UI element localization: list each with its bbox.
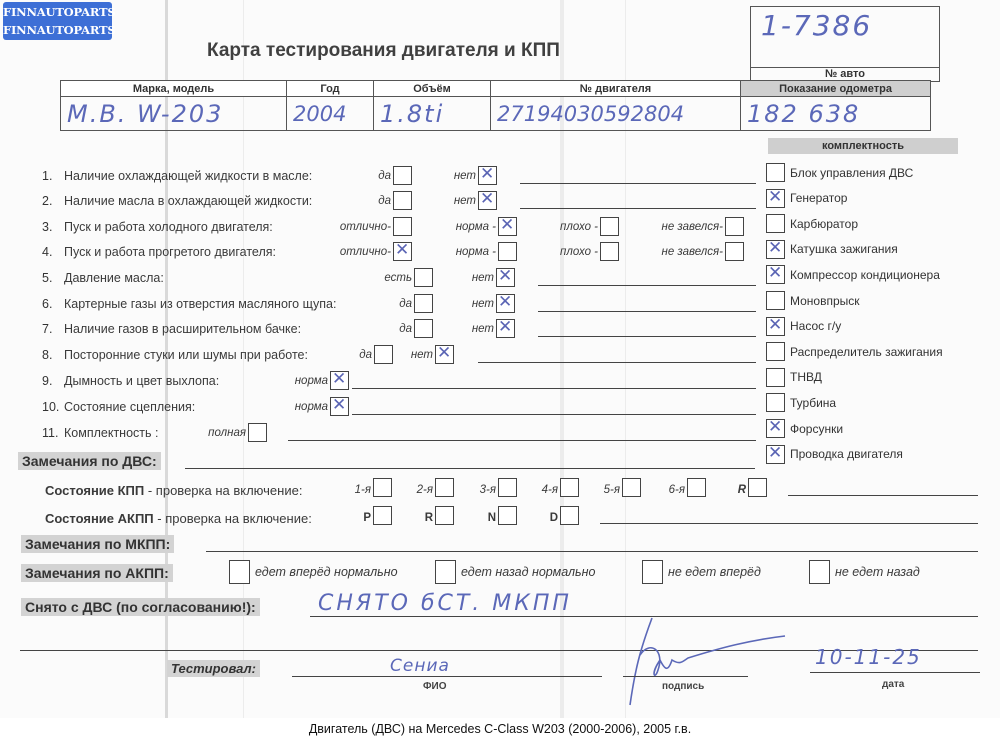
checkbox[interactable] — [766, 368, 785, 387]
checkbox[interactable] — [498, 242, 517, 261]
check-number: 2. — [42, 194, 52, 208]
notes-line[interactable] — [538, 285, 756, 286]
option-label: отлично- — [340, 246, 391, 258]
notes-line[interactable] — [352, 414, 756, 415]
name-caption: ФИО — [423, 681, 447, 692]
komplektnost-item-label: Распределитель зажигания — [790, 345, 943, 359]
logo-line: FINNAUTOPARTS — [3, 3, 112, 21]
akpp-label-rest: - проверка на включение: — [154, 511, 312, 526]
volume-value: 1.8ti — [374, 97, 491, 131]
notes-line[interactable] — [538, 336, 756, 337]
check-number: 4. — [42, 245, 52, 259]
watermark-logo: FINNAUTOPARTS FINNAUTOPARTS — [3, 2, 112, 40]
option-label: норма — [295, 401, 328, 413]
checkbox[interactable] — [766, 342, 785, 361]
checkbox[interactable] — [248, 423, 267, 442]
komplektnost-item-label: Блок управления ДВС — [790, 166, 913, 180]
col-odometer: Показание одометра — [741, 81, 931, 97]
tested-label: Тестировал: — [167, 660, 260, 677]
removed-value: СНЯТО бСТ. МКПП — [318, 591, 572, 616]
akpp-notes-line[interactable] — [600, 523, 978, 524]
checkbox[interactable] — [414, 319, 433, 338]
checkbox[interactable] — [330, 397, 349, 416]
komplektnost-item-label: Компрессор кондиционера — [790, 268, 940, 282]
komplektnost-item[interactable]: Форсунки — [766, 419, 843, 438]
checkbox[interactable] — [766, 189, 785, 208]
gear-label: N — [488, 512, 496, 524]
signature — [610, 610, 840, 710]
option-label: не завелся- — [661, 221, 723, 233]
checkbox[interactable] — [766, 265, 785, 284]
kpp-label-rest: - проверка на включение: — [144, 483, 302, 498]
checkbox[interactable] — [600, 242, 619, 261]
komplektnost-item-label: ТНВД — [790, 370, 822, 384]
option-label: да — [378, 195, 391, 207]
kpp-notes-line[interactable] — [788, 495, 978, 496]
komplektnost-item-label: Форсунки — [790, 422, 843, 436]
form-title: Карта тестирования двигателя и КПП — [207, 40, 560, 62]
option-label: нет — [454, 195, 476, 207]
notes-line[interactable] — [520, 183, 756, 184]
gear-label: P — [363, 512, 371, 524]
option-label: нет — [472, 298, 494, 310]
year-value: 2004 — [287, 97, 374, 131]
auto-number-box: 1-7386 № авто — [750, 6, 940, 82]
option-label: норма — [295, 375, 328, 387]
akpp-remark-checkbox[interactable] — [229, 560, 250, 584]
remarks-akpp-label: Замечания по АКПП: — [21, 564, 173, 582]
gear-label: 2-я — [417, 484, 433, 496]
gear-label: 5-я — [604, 484, 620, 496]
check-label: Комплектность : — [64, 426, 158, 440]
gear-label: 6-я — [669, 484, 685, 496]
check-label: Наличие газов в расширительном бачке: — [64, 322, 301, 336]
test-date: 10-11-25 — [815, 645, 922, 669]
gear-label: 4-я — [542, 484, 558, 496]
kpp-label-bold: Состояние КПП — [45, 483, 144, 498]
date-line[interactable] — [810, 672, 980, 673]
checkbox[interactable] — [766, 317, 785, 336]
image-caption: Двигатель (ДВС) на Mercedes C-Class W203… — [0, 722, 1000, 736]
akpp-remark-label: не едет назад — [835, 565, 920, 579]
gear-checkbox[interactable] — [435, 506, 454, 525]
akpp-remark-checkbox[interactable] — [809, 560, 830, 584]
komplektnost-item[interactable]: Карбюратор — [766, 214, 858, 233]
checkbox[interactable] — [725, 242, 744, 261]
option-label: плохо - — [560, 221, 598, 233]
komplektnost-item-label: Моновпрыск — [790, 294, 860, 308]
vehicle-info-table: Марка, модель Год Объём № двигателя Пока… — [60, 80, 931, 131]
gear-checkbox[interactable] — [748, 478, 767, 497]
check-label: Посторонние стуки или шумы при работе: — [64, 348, 308, 362]
check-number: 5. — [42, 271, 52, 285]
name-line[interactable] — [292, 676, 602, 677]
tester-name: Сениа — [390, 656, 450, 676]
checkbox[interactable] — [766, 163, 785, 182]
checkbox[interactable] — [766, 291, 785, 310]
remarks-mkpp-label: Замечания по МКПП: — [21, 535, 174, 553]
removed-label: Снято с ДВС (по согласованию!): — [21, 598, 260, 616]
check-label: Картерные газы из отверстия масляного щу… — [64, 297, 336, 311]
gear-checkbox[interactable] — [373, 506, 392, 525]
checkbox[interactable] — [725, 217, 744, 236]
komplektnost-item[interactable]: Турбина — [766, 393, 836, 412]
gear-label: D — [550, 512, 558, 524]
checkbox[interactable] — [393, 191, 412, 210]
checkbox[interactable] — [496, 319, 515, 338]
check-label: Наличие охлаждающей жидкости в масле: — [64, 169, 312, 183]
check-label: Пуск и работа холодного двигателя: — [64, 220, 273, 234]
gear-label: R — [738, 484, 746, 496]
col-volume: Объём — [374, 81, 491, 97]
check-label: Дымность и цвет выхлопа: — [64, 374, 219, 388]
option-label: полная — [208, 427, 246, 439]
check-label: Давление масла: — [64, 271, 164, 285]
notes-line[interactable] — [520, 208, 756, 209]
scanned-form: FINNAUTOPARTS FINNAUTOPARTS Карта тестир… — [0, 0, 1000, 718]
checkbox[interactable] — [435, 345, 454, 364]
gear-checkbox[interactable] — [687, 478, 706, 497]
make-model-value: M.B. W-203 — [61, 97, 287, 131]
checkbox[interactable] — [478, 166, 497, 185]
option-label: норма - — [456, 221, 496, 233]
option-label: отлично- — [340, 221, 391, 233]
komplektnost-item[interactable]: ТНВД — [766, 368, 822, 387]
checkbox[interactable] — [766, 393, 785, 412]
checkbox[interactable] — [393, 242, 412, 261]
check-label: Состояние сцепления: — [64, 400, 195, 414]
check-number: 1. — [42, 169, 52, 183]
logo-line: FINNAUTOPARTS — [3, 21, 112, 39]
option-label: нет — [472, 323, 494, 335]
check-label: Наличие масла в охлаждающей жидкости: — [64, 194, 312, 208]
akpp-remark-label: не едет вперёд — [668, 565, 761, 579]
option-label: норма - — [456, 246, 496, 258]
option-label: есть — [384, 272, 412, 284]
checkbox[interactable] — [393, 217, 412, 236]
checkbox[interactable] — [414, 268, 433, 287]
check-number: 9. — [42, 374, 52, 388]
option-label: плохо - — [560, 246, 598, 258]
checkbox[interactable] — [393, 166, 412, 185]
remarks-dvs-line[interactable] — [185, 468, 755, 469]
komplektnost-item[interactable]: Компрессор кондиционера — [766, 265, 940, 284]
option-label: нет — [472, 272, 494, 284]
akpp-remark-checkbox[interactable] — [435, 560, 456, 584]
checkbox[interactable] — [600, 217, 619, 236]
komplektnost-item[interactable]: Насос г/у — [766, 317, 841, 336]
akpp-label-bold: Состояние АКПП — [45, 511, 154, 526]
signature-caption: подпись — [662, 681, 704, 692]
akpp-remark-label: едет вперёд нормально — [255, 565, 398, 579]
gear-checkbox[interactable] — [622, 478, 641, 497]
gear-checkbox[interactable] — [498, 478, 517, 497]
option-label: да — [378, 170, 391, 182]
notes-line[interactable] — [352, 388, 756, 389]
auto-number-value: 1-7386 — [761, 9, 872, 42]
checkbox[interactable] — [766, 240, 785, 259]
option-label: нет — [454, 170, 476, 182]
notes-line[interactable] — [288, 440, 756, 441]
remarks-dvs-label: Замечания по ДВС: — [18, 452, 161, 470]
gear-checkbox[interactable] — [560, 506, 579, 525]
check-number: 8. — [42, 348, 52, 362]
gear-checkbox[interactable] — [560, 478, 579, 497]
komplektnost-item-label: Турбина — [790, 396, 836, 410]
option-label: да — [359, 349, 372, 361]
gear-label: 1-я — [355, 484, 371, 496]
check-number: 7. — [42, 322, 52, 336]
option-label: да — [399, 323, 412, 335]
remarks-mkpp-line[interactable] — [206, 551, 978, 552]
checkbox[interactable] — [498, 217, 517, 236]
checkbox[interactable] — [496, 294, 515, 313]
col-year: Год — [287, 81, 374, 97]
checkbox[interactable] — [374, 345, 393, 364]
checkbox[interactable] — [766, 214, 785, 233]
removed-label-text: Снято с ДВС (по согласованию!): — [25, 599, 256, 615]
checkbox[interactable] — [414, 294, 433, 313]
komplektnost-item[interactable]: Распределитель зажигания — [766, 342, 943, 361]
checkbox[interactable] — [478, 191, 497, 210]
kpp-label: Состояние КПП - проверка на включение: — [45, 483, 302, 498]
engine-no-value: 27194030592804 — [491, 97, 741, 131]
gear-label: R — [425, 512, 433, 524]
checkbox[interactable] — [330, 371, 349, 390]
komplektnost-item-label: Генератор — [790, 191, 847, 205]
komplektnost-item-label: Проводка двигателя — [790, 447, 903, 461]
auto-number-label: № авто — [751, 67, 939, 81]
check-number: 3. — [42, 220, 52, 234]
col-make-model: Марка, модель — [61, 81, 287, 97]
notes-line[interactable] — [538, 311, 756, 312]
gear-label: 3-я — [480, 484, 496, 496]
akpp-label: Состояние АКПП - проверка на включение: — [45, 511, 312, 526]
komplektnost-item[interactable]: Проводка двигателя — [766, 445, 903, 464]
komplektnost-item[interactable]: Блок управления ДВС — [766, 163, 913, 182]
notes-line[interactable] — [478, 362, 756, 363]
gear-checkbox[interactable] — [435, 478, 454, 497]
komplektnost-item-label: Насос г/у — [790, 319, 841, 333]
komplektnost-item-label: Карбюратор — [790, 217, 858, 231]
option-label: нет — [411, 349, 433, 361]
col-engine-no: № двигателя — [491, 81, 741, 97]
komplektnost-header: комплектность — [768, 138, 958, 154]
check-number: 6. — [42, 297, 52, 311]
check-number: 11. — [42, 426, 58, 440]
akpp-remark-checkbox[interactable] — [642, 560, 663, 584]
check-number: 10. — [42, 400, 59, 414]
checkbox[interactable] — [496, 268, 515, 287]
gear-checkbox[interactable] — [498, 506, 517, 525]
akpp-remark-label: едет назад нормально — [461, 565, 595, 579]
checkbox[interactable] — [766, 445, 785, 464]
odometer-value: 182 638 — [741, 97, 931, 131]
checkbox[interactable] — [766, 419, 785, 438]
check-label: Пуск и работа прогретого двигателя: — [64, 245, 276, 259]
gear-checkbox[interactable] — [373, 478, 392, 497]
option-label: да — [399, 298, 412, 310]
signature-line[interactable] — [623, 676, 748, 677]
komplektnost-item-label: Катушка зажигания — [790, 242, 898, 256]
komplektnost-item[interactable]: Катушка зажигания — [766, 240, 898, 259]
option-label: не завелся- — [661, 246, 723, 258]
komplektnost-item[interactable]: Генератор — [766, 189, 847, 208]
komplektnost-item[interactable]: Моновпрыск — [766, 291, 860, 310]
date-caption: дата — [882, 679, 904, 690]
